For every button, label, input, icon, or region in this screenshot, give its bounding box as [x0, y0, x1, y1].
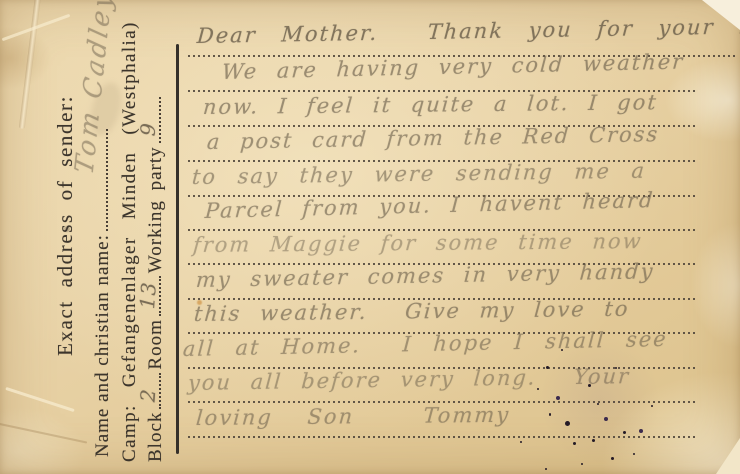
camp-label: Camp:	[119, 404, 140, 462]
working-party-handwritten-value: 9	[136, 122, 161, 137]
name-label: Name and christian name:	[92, 234, 113, 457]
message-line: now. I feel it quite a lot. I got	[202, 90, 659, 119]
block-room-party-field: Block2Room13Working party9	[144, 94, 168, 462]
separator-line	[176, 44, 179, 454]
message-line: to say they were sending me a	[191, 159, 647, 189]
worn-corner	[716, 438, 740, 474]
camp-value: Gefangenenlager Minden (Westphalia)	[119, 21, 140, 387]
block-label: Block	[145, 412, 166, 462]
room-label: Room	[145, 319, 166, 369]
room-handwritten-value: 13	[135, 281, 161, 310]
message-line: loving Son Tommy	[195, 403, 511, 430]
paper-crease	[19, 0, 41, 129]
message-line: Parcel from you. I havent heard	[204, 188, 655, 223]
paper-crease	[5, 387, 74, 412]
message-line: this weather. Give my love to	[193, 297, 630, 326]
postcard: Exact address of sender: Name and christ…	[0, 0, 740, 474]
ink-smudge	[540, 335, 660, 465]
message-line: Dear Mother. Thank you for your letter.	[196, 13, 740, 48]
dotted-leader: 2	[145, 373, 161, 409]
block-handwritten-value: 2	[136, 387, 161, 402]
dotted-leader: 9	[145, 97, 161, 143]
working-party-label: Working party	[145, 146, 166, 273]
paper-crease	[0, 422, 87, 443]
dotted-leader: 13	[145, 276, 161, 316]
message-line: from Maggie for some time now	[192, 229, 644, 257]
